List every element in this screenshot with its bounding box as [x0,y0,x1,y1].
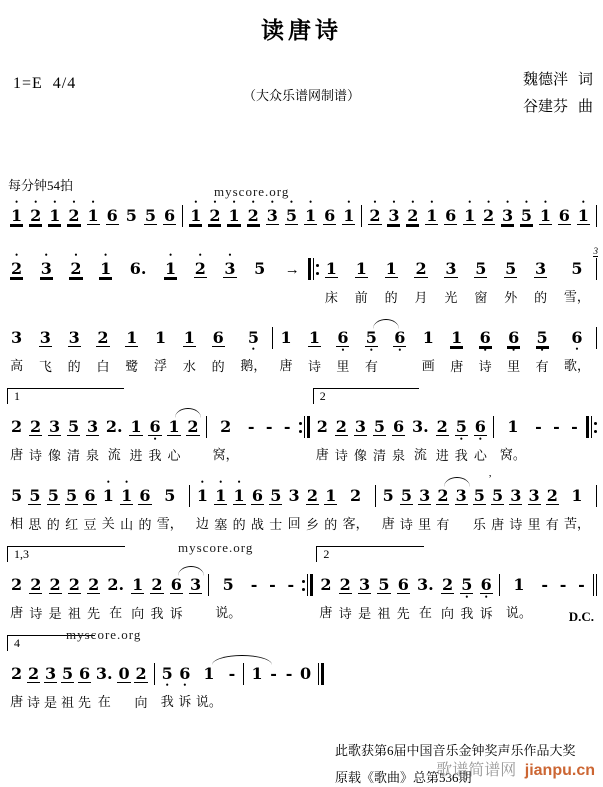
note: •1 [99,251,112,306]
lyric-syllable: 关 [102,514,115,532]
note: 5清 [373,409,386,464]
note: 6•诗 [479,320,492,375]
lyric-syllable: 鹭 [125,357,138,375]
octave-dot-below: • [153,436,156,444]
note: 6•里 [336,320,349,375]
rest-note: 0 [299,656,312,710]
note-digit: 1 [422,329,435,346]
note: 6 [323,198,336,235]
note: 5•鹅， [240,320,266,374]
note: 3.流 [411,409,430,463]
note: 3光 [444,251,457,306]
note-digit: 1 [214,487,227,505]
measure: •2•3•2•16.•1•2•35→ [5,251,307,306]
barline-beginrep [307,258,320,280]
note: 2先 [87,567,100,622]
note-digit: 3 [189,576,202,594]
lyric-syllable: 诗 [479,357,492,375]
site-watermark: 歌谱简谱网 jianpu.cn [436,757,595,780]
lyric-syllable: 先 [397,604,410,622]
octave-dot-below: • [166,682,169,690]
dash-note: - [551,409,562,463]
note-digit: 2 [441,576,454,594]
note-digit: 3 [528,487,541,505]
note: •5 [520,198,533,235]
note-digit: 2 [306,487,319,505]
note: 3的 [68,320,81,375]
dash-note: - [533,409,544,463]
note: •1 [539,198,552,235]
lyric-syllable: 的 [68,357,81,375]
barline-thin [595,205,598,227]
barline-stroke [596,574,597,596]
barline-thin [595,485,598,507]
note-digit: 1 [202,665,215,682]
lyric-syllable: 客， [343,514,369,532]
lyric-syllable: 的 [47,515,60,533]
note: 2.在 [106,567,125,621]
note-digit: 3 [444,260,457,278]
volta-bracket: 1 [7,388,124,404]
note-digit: 3 [223,260,236,278]
note-digit: 2 [69,260,82,278]
octave-dot-below: • [485,594,488,602]
note: 6先 [397,567,410,622]
note: 1浮 [154,320,167,374]
lyric-syllable: 相 [10,514,23,532]
note-digit: 5 [570,260,583,277]
note-digit: 1 [164,260,177,278]
measure: •1边•1塞•1的6战5士3回2乡1的2客， [191,478,374,533]
barline-stroke [596,258,597,280]
lyric-syllable: 画 [422,356,435,374]
dash-note: - [268,656,279,710]
note-digit: - [265,418,274,435]
note-digit: 1 [324,487,337,505]
note-digit: 2 [10,260,23,278]
note-digit: 2 [194,260,207,278]
lyric-syllable: 的 [324,515,337,533]
note: 5祖 [61,656,74,711]
note-digit: 3 [418,487,431,505]
note-digit: 1 [120,487,133,505]
measure: 3高3飞3的2白1鹭1浮1水6的5•鹅， [5,320,271,375]
note-digit: 2 [546,487,559,505]
lyric-syllable: 的 [212,357,225,375]
barline-stroke [596,327,597,349]
note-digit: 6 [106,207,119,225]
lyric-syllable: 鹅， [240,356,266,374]
lyric-syllable: 唐 [450,357,463,375]
note-digit: 6 [83,487,96,505]
lyric-syllable: 的 [385,288,398,306]
barline-stroke [182,205,183,227]
score-system: •2•3•2•16.•1•2•35→1床1前1的2月3光5窗5外3的5雪，3 [5,251,598,306]
note-digit: 3 [455,487,468,505]
note-digit: 5 [382,487,395,504]
note: •1 [463,198,476,235]
barline-stroke [313,258,314,280]
note-digit: 2 [29,207,42,225]
lyricist-line: 魏德泮词 [513,67,593,94]
note-digit: 1 [99,260,112,278]
note-digit: 2 [134,665,147,683]
note: •2 [208,198,221,235]
measure: 1唐1诗6•里5•有6•1画1唐6•诗6•里5•有6•歌， [274,320,595,375]
note-digit: 5 [47,487,60,505]
note: 1 [250,656,263,710]
lyric-syllable: 苦， [564,514,590,532]
note: •2 [482,198,495,235]
note: 5乐’ [473,478,486,533]
note-digit: 2 [10,576,23,593]
note: •1山 [120,478,133,533]
note-digit: 5 [504,260,517,278]
octave-dot-below: • [512,347,515,355]
note-digit: 5 [28,487,41,505]
lyric-syllable: 有 [546,515,559,533]
lyric-syllable: 诉 [480,604,493,622]
barline-stroke [321,663,324,685]
lyric-syllable: 诗 [400,515,413,533]
barline-stroke [596,205,597,227]
measure: 42唐2诗3是5祖6先3.在02向 [5,656,153,711]
note-digit: 1 [129,418,142,436]
note-digit: 3 [387,207,400,225]
note: 2乡 [306,478,319,533]
lyric-syllable: 心 [474,446,487,464]
note: 6 [444,198,457,235]
note: •1 [87,198,100,235]
note-digit: 1 [512,576,525,593]
note-digit: 1 [342,207,355,225]
note: 5清 [67,409,80,464]
barline-stroke [593,574,594,596]
lyric-syllable: 红 [65,515,78,533]
note-digit: 2 [29,418,42,436]
note: 2是 [49,567,62,622]
note-digit: 1 [506,418,519,435]
note: 6诉 [170,567,183,622]
lyric-syllable: 先 [78,693,91,711]
note-digit: 3 [48,418,61,436]
note-digit: 2 [10,418,23,435]
note: 2诗 [29,409,42,464]
inline-watermark: myscore.org [178,540,253,556]
song-title: 读唐诗 [0,0,603,45]
lyric-syllable: 雪， [157,514,183,532]
lyric-syllable: 士 [269,515,282,533]
measure: 1床1前1的2月3光5窗5外3的5雪，3 [320,251,595,306]
note-digit: 2 [219,418,232,435]
note-digit: 1 [279,329,292,346]
note: 5说。 [215,567,241,621]
lyric-syllable: 泉 [86,446,99,464]
dash-note: - [285,567,296,621]
note-digit: 5 [67,418,80,436]
note-digit: 5 [474,260,487,278]
note: 2白 [96,320,109,375]
note: 3回 [288,478,301,532]
lyric-syllable: 进 [130,446,143,464]
note: 5雪， [157,478,183,532]
note: 2向 [441,567,454,622]
note: 6泉 [392,409,405,464]
note: 1前 [355,251,368,306]
note-digit: 2 [414,260,427,278]
note-digit: 1 [570,487,583,504]
note: 3里 [528,478,541,533]
dash-note: - [558,567,569,621]
dash-note: - [284,656,295,710]
composer-line: 谷建芬曲 [513,94,593,121]
measure: 22唐2诗3像5清6泉3.流2进5•我6•心 [311,409,492,464]
note-digit: 1 [87,207,100,225]
note-digit: 2 [68,576,81,594]
note-digit: - [534,418,543,435]
note: 1诗 [308,320,321,375]
note-digit: - [283,418,292,435]
note: 3诗 [509,478,522,533]
barline-endrep [298,416,311,438]
note: 3像 [354,409,367,464]
measure: 5说。--- [210,567,301,621]
lyric-syllable: 我 [455,446,468,464]
note: •2 [69,251,82,306]
note: 1说。 [506,567,532,621]
note-digit: 5 [285,207,298,225]
note-digit: 2 [335,418,348,436]
note: 2客， [343,478,369,532]
note: 6 [558,198,571,235]
note-digit: 1 [125,329,138,347]
note-digit: 1 [189,207,202,225]
lyric-syllable: 外 [504,288,517,306]
note-digit: 1 [233,487,246,505]
note-digit: 2 [436,487,449,505]
note: •1 [304,198,317,235]
lyric-syllable: 诗 [339,604,352,622]
measure: 5唐5诗3里2有35乐’5唐3诗3里2有1苦， [377,478,595,533]
lyric-syllable: 祖 [61,693,74,711]
note-digit: - [268,576,277,593]
note-digit: 2 [49,576,62,594]
note: 1心 [167,409,180,464]
note-digit: - [552,418,561,435]
note-digit: 5 [61,665,74,683]
note-digit: 6 [78,665,91,683]
lyric-syllable: 在 [419,603,432,621]
barline-stroke [304,416,305,438]
note-digit: 3 [354,418,367,436]
lyricist-role: 词 [578,72,593,88]
note: 5 [125,198,138,234]
note: 2进 [436,409,449,464]
note-digit: 6 [251,487,264,505]
note: 6•心 [474,409,487,464]
lyric-syllable: 里 [507,357,520,375]
lyric-syllable: 是 [358,604,371,622]
note: 6战 [251,478,264,533]
note-digit: 3 [39,329,52,347]
lyric-syllable: 诉 [178,692,191,710]
note: •1塞 [214,478,227,533]
dash-note: - [246,409,257,463]
inline-watermark: myscore.org [66,627,141,643]
lyric-syllable: 诗 [308,357,321,375]
note: 1的 [385,251,398,306]
note-digit: 1 [154,329,167,346]
lyric-syllable: 说。 [196,692,222,710]
note-digit: 0 [299,665,312,682]
dash-note: - [569,409,580,463]
note: •1关 [102,478,115,532]
barline-double [592,574,598,596]
site-watermark-name: 歌谱简谱网 [436,762,516,779]
note-digit: 2 [406,207,419,225]
note-digit: 3. [95,665,114,682]
note-digit: 1 [385,260,398,278]
octave-dot-below: • [465,594,468,602]
note-digit: 1 [131,576,144,594]
lyric-syllable: 诗 [29,604,42,622]
note: •1 [342,198,355,235]
lyric-syllable: 乐 [473,515,486,533]
lyric-syllable: 里 [336,357,349,375]
barline-thin [595,327,598,349]
lyric-syllable: 我 [150,604,163,622]
dash-note: - [226,656,237,710]
note-digit: 2 [247,207,260,225]
note-digit: 1 [227,207,240,225]
lyric-syllable: 床 [325,288,338,306]
note: 5窗 [474,251,487,306]
note: 3里 [418,478,431,533]
lyric-syllable: 祖 [377,604,390,622]
note-digit: 6 [558,207,571,225]
lyric-syllable: 唐 [491,515,504,533]
barline-stroke [189,485,190,507]
note: 5•我 [455,409,468,464]
rest-note: 0 [117,656,130,711]
lyric-syllable: 诗 [335,446,348,464]
note: 6的 [138,478,151,533]
barline-stroke [308,258,311,280]
note: 1唐 [279,320,292,374]
lyric-syllable: 唐 [10,603,23,621]
score-system: 12唐2诗3像5清3泉2.流1进6•我1心22窝，---22唐2诗3像5清6泉3… [5,409,598,464]
note-digit: 3 [10,329,23,346]
note-digit: 5 [163,487,176,504]
note-digit: 2 [482,207,495,225]
note: 2诗 [339,567,352,622]
barline-stroke [307,574,308,596]
note-digit: 3. [411,418,430,435]
score-system: 42唐2诗3是5祖6先3.在02向5•我6•诉1说。-1--0 [5,656,325,711]
inline-watermark: myscore.org [214,184,289,200]
note: 6的 [212,320,225,375]
note: •3 [40,251,53,306]
barline-stroke [586,416,589,438]
note: 3.在 [95,656,114,710]
lyric-syllable: 的 [138,515,151,533]
note: •1 [10,198,23,235]
note: 6 [163,198,176,235]
note-digit: 1 [48,207,61,225]
credits: 魏德泮词 谷建芬曲 [513,67,593,121]
note-digit: 1 [167,418,180,436]
repeat-dots [302,574,305,596]
note: 6• [393,320,406,375]
note: •1 [189,198,202,235]
measure: 2窝，--- [208,409,298,463]
note: 5•有 [365,320,378,375]
barline-stroke [272,327,273,349]
note: 2.流 [105,409,124,463]
repeat-dots [594,416,597,438]
measure: 5相5思5的5红6豆•1关•1山6的5雪， [5,478,188,533]
barline-stroke [243,663,244,685]
score-meta: 1=E 4/4 （大众乐谱网制谱） 魏德泮词 谷建芬曲 [0,71,603,145]
note: 5相 [10,478,23,532]
note-digit: 1 [308,329,321,347]
measure: 1,32唐2诗2是2祖2先2.在1向2我6诉3 [5,567,207,622]
lyric-syllable: 像 [354,446,367,464]
lyric-syllable: 窝。 [500,445,526,463]
note-digit: 1 [183,329,196,347]
lyric-syllable: 说。 [506,603,532,621]
note-digit: 6. [129,260,148,277]
note: 5 [253,251,266,305]
note-digit: 2 [208,207,221,225]
dash-note: - [267,567,278,621]
note-digit: - [269,665,278,682]
note-digit: 5 [10,487,23,504]
octave-dot-below: • [370,347,373,355]
barline-thin [595,258,598,280]
lyric-syllable: 唐 [316,445,329,463]
lyric-syllable: 里 [528,515,541,533]
note-digit: 3 [509,487,522,505]
note: 2唐 [316,409,329,463]
note-digit: 6 [163,207,176,225]
breath-arrow-symbol: → [283,260,302,280]
note: 3高 [10,320,23,374]
note: •3 [266,198,279,235]
note-digit: 3 [501,207,514,225]
note-digit: 2 [150,576,163,594]
measure: 1--0 [245,656,317,710]
note-digit: 2 [339,576,352,594]
lyric-syllable: 乡 [306,515,319,533]
lyric-syllable: 浮 [154,356,167,374]
note: 2有 [436,478,449,533]
note-digit: 2 [29,576,42,594]
note-digit: - [247,418,256,435]
note: •1 [577,198,590,235]
lyric-syllable: 高 [10,356,23,374]
repeat-dots [299,416,302,438]
note: 6•歌， [564,320,590,374]
barline-stroke [208,574,209,596]
lyric-syllable: 塞 [214,515,227,533]
note-digit: 2 [67,207,80,225]
composer-role: 曲 [578,99,593,115]
note: 6•我 [148,409,161,464]
lyric-syllable: 有 [536,357,549,375]
octave-dot-below: • [460,436,463,444]
lyric-syllable: 诗 [509,515,522,533]
